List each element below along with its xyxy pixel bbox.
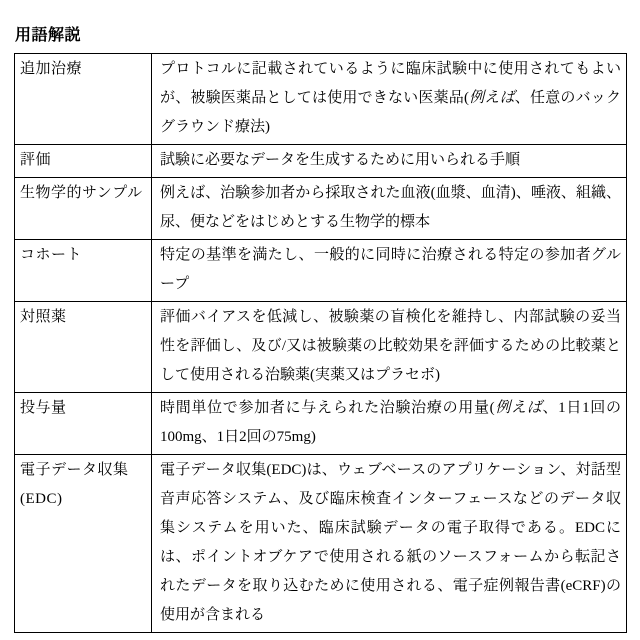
term-cell: 評価: [15, 145, 152, 178]
term-text: 評価: [20, 146, 147, 175]
definition-cell: 例えば、治験参加者から採取された血液(血漿、血清)、唾液、組織、尿、便などをはじ…: [152, 178, 627, 240]
definition-text: 電子データ収集(EDC)は、ウェブベースのアプリケーション、対話型音声応答システ…: [160, 462, 621, 623]
table-row: 評価試験に必要なデータを生成するために用いられる手順: [15, 145, 627, 178]
table-row: 投与量時間単位で参加者に与えられた治験治療の用量(例えば、1日1回の100mg、…: [15, 393, 627, 455]
term-text: (EDC): [20, 485, 147, 514]
page-title: 用語解説: [15, 26, 627, 46]
term-cell: コホート: [15, 240, 152, 302]
term-text: 電子データ収集: [20, 456, 147, 485]
glossary-table-body: 追加治療プロトコルに記載されているように臨床試験中に使用されてもよいが、被験医薬…: [15, 54, 627, 633]
definition-text-italic: 例えば: [469, 90, 515, 106]
glossary-table: 追加治療プロトコルに記載されているように臨床試験中に使用されてもよいが、被験医薬…: [14, 53, 627, 633]
table-row: コホート特定の基準を満たし、一般的に同時に治療される特定の参加者グループ: [15, 240, 627, 302]
term-text: コホート: [20, 241, 147, 270]
table-row: 対照薬評価バイアスを低減し、被験薬の盲検化を維持し、内部試験の妥当性を評価し、及…: [15, 302, 627, 393]
table-row: 電子データ収集(EDC)電子データ収集(EDC)は、ウェブベースのアプリケーショ…: [15, 455, 627, 633]
table-row: 追加治療プロトコルに記載されているように臨床試験中に使用されてもよいが、被験医薬…: [15, 54, 627, 145]
definition-cell: 特定の基準を満たし、一般的に同時に治療される特定の参加者グループ: [152, 240, 627, 302]
term-cell: 電子データ収集(EDC): [15, 455, 152, 633]
term-text: 生物学的サンプル: [20, 179, 147, 208]
term-text: 追加治療: [20, 55, 147, 84]
definition-text: 特定の基準を満たし、一般的に同時に治療される特定の参加者グループ: [160, 247, 621, 292]
definition-cell: 評価バイアスを低減し、被験薬の盲検化を維持し、内部試験の妥当性を評価し、及び/又…: [152, 302, 627, 393]
term-cell: 生物学的サンプル: [15, 178, 152, 240]
definition-text: 試験に必要なデータを生成するために用いられる手順: [160, 152, 520, 168]
term-text: 対照薬: [20, 303, 147, 332]
term-cell: 対照薬: [15, 302, 152, 393]
term-cell: 追加治療: [15, 54, 152, 145]
term-text: 投与量: [20, 394, 147, 423]
table-row: 生物学的サンプル例えば、治験参加者から採取された血液(血漿、血清)、唾液、組織、…: [15, 178, 627, 240]
definition-text: 時間単位で参加者に与えられた治験治療の用量(: [160, 400, 495, 416]
definition-cell: 時間単位で参加者に与えられた治験治療の用量(例えば、1日1回の100mg、1日2…: [152, 393, 627, 455]
definition-text: 評価バイアスを低減し、被験薬の盲検化を維持し、内部試験の妥当性を評価し、及び/又…: [160, 309, 621, 383]
definition-text: 例えば、治験参加者から採取された血液(血漿、血清)、唾液、組織、尿、便などをはじ…: [160, 185, 621, 230]
term-cell: 投与量: [15, 393, 152, 455]
definition-text-italic: 例えば: [495, 400, 543, 416]
document-page: 用語解説 追加治療プロトコルに記載されているように臨床試験中に使用されてもよいが…: [0, 0, 640, 640]
definition-cell: 試験に必要なデータを生成するために用いられる手順: [152, 145, 627, 178]
definition-cell: プロトコルに記載されているように臨床試験中に使用されてもよいが、被験医薬品として…: [152, 54, 627, 145]
definition-cell: 電子データ収集(EDC)は、ウェブベースのアプリケーション、対話型音声応答システ…: [152, 455, 627, 633]
